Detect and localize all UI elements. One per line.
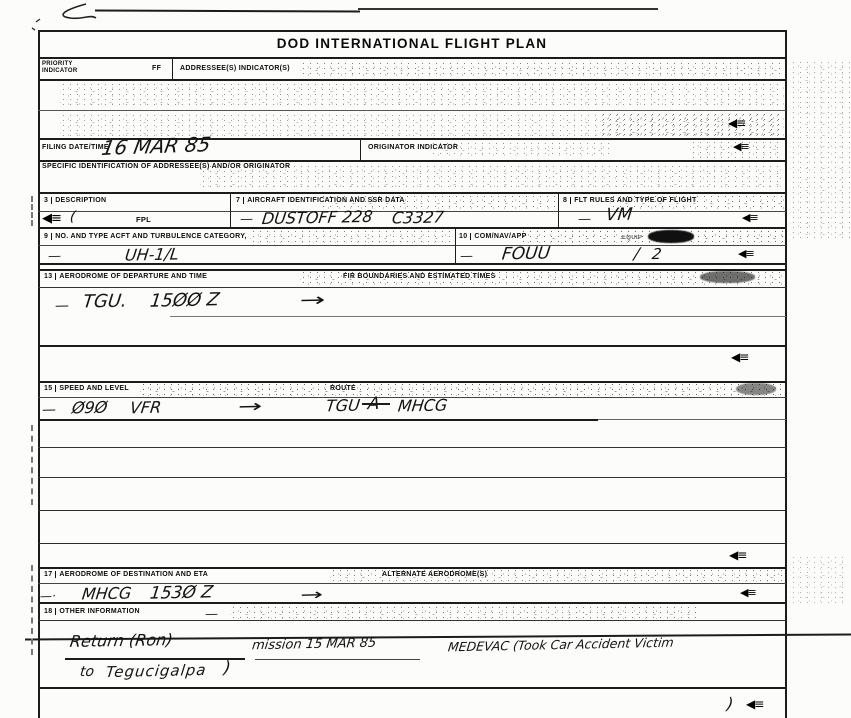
scan-artifact-dashes xyxy=(31,196,33,226)
header-divider xyxy=(172,58,173,79)
tty-align-mark: ◀≡ xyxy=(742,211,758,224)
route-to-value: MHCG xyxy=(397,395,449,415)
scan-noise xyxy=(320,194,555,209)
box9-dash: — xyxy=(47,249,62,264)
hw-underline xyxy=(65,658,245,660)
hw-underline xyxy=(255,659,420,660)
other-info-line2b: Tegucigalpa xyxy=(105,661,208,681)
row-line xyxy=(38,287,786,288)
box7-dash: — xyxy=(239,212,254,227)
form-border-left xyxy=(38,30,40,718)
scan-noise xyxy=(690,140,784,158)
scan-noise xyxy=(200,164,784,190)
row-line xyxy=(38,419,598,421)
departure-time-value: 15ØØ Z xyxy=(149,289,221,312)
route-from-value: TGU xyxy=(325,396,361,416)
box10-dash: — xyxy=(459,249,474,264)
row-line xyxy=(38,620,786,621)
fpl-code: FPL xyxy=(136,215,151,224)
form-title: DOD INTERNATIONAL FLIGHT PLAN xyxy=(38,36,786,51)
scan-noise xyxy=(250,229,450,243)
scan-noise xyxy=(600,112,784,136)
scan-artifact-line xyxy=(358,8,658,10)
form-border-right xyxy=(785,30,787,718)
form-border-top xyxy=(38,30,786,32)
closing-paren: ) xyxy=(726,694,735,713)
other-info-line2a: to xyxy=(79,664,95,680)
box15-dash: — xyxy=(41,402,57,418)
row-line xyxy=(38,110,786,111)
box-divider xyxy=(558,192,559,228)
tty-align-mark: ◀≡ xyxy=(729,548,746,562)
box-divider xyxy=(230,192,231,228)
addressee-indicator-label: ADDRESSEE(S) INDICATOR(S) xyxy=(180,65,290,72)
row-line xyxy=(38,160,786,162)
ruled-line xyxy=(38,510,786,511)
scan-noise xyxy=(430,141,610,158)
box15-label: 15SPEED AND LEVEL xyxy=(43,385,129,392)
row-line xyxy=(38,687,786,689)
ruled-line xyxy=(38,477,786,478)
row-line xyxy=(38,345,786,347)
row-line xyxy=(38,263,786,265)
equipment-slash: / xyxy=(633,244,641,263)
box-divider xyxy=(455,227,456,263)
box17-label: 17AERODROME OF DESTINATION AND ETA xyxy=(43,571,208,578)
scan-noise xyxy=(790,555,848,603)
box13-dash: — xyxy=(54,298,70,314)
filing-date-label: FILING DATE/TIME xyxy=(42,144,109,151)
tty-align-mark: ◀≡ xyxy=(738,247,754,260)
scanned-flight-plan-document: DOD INTERNATIONAL FLIGHT PLAN PRIORITY I… xyxy=(0,0,851,718)
box8-dash: — xyxy=(577,212,592,227)
scan-noise xyxy=(230,605,700,619)
ruled-line xyxy=(38,447,786,448)
ff-label: FF xyxy=(152,65,161,72)
speed-value: Ø9Ø xyxy=(71,398,109,418)
route-arrow: → xyxy=(298,290,326,312)
scan-blot xyxy=(648,230,694,243)
scan-blot xyxy=(700,271,755,283)
scan-blot xyxy=(736,383,776,395)
box18-label: 18OTHER INFORMATION xyxy=(43,608,140,615)
box13-label: 13AERODROME OF DEPARTURE AND TIME xyxy=(43,273,207,280)
route-arrow: → xyxy=(237,397,264,418)
aircraft-type-value: UH-1/L xyxy=(124,244,180,264)
box9-label: 9NO. AND TYPE ACFT AND TURBULENCE CATEGO… xyxy=(43,233,247,240)
priority-indicator-label: PRIORITY INDICATOR xyxy=(42,61,77,75)
ruled-line xyxy=(38,543,786,544)
scan-noise xyxy=(790,60,850,240)
scan-noise xyxy=(300,61,780,78)
row-line xyxy=(38,79,786,81)
scan-artifact-squiggle xyxy=(26,0,100,34)
destination-aerodrome-value: MHCG xyxy=(81,583,133,603)
row-line xyxy=(38,602,786,604)
other-info-line1a: Return (Ron) xyxy=(69,630,174,651)
row-line xyxy=(598,419,786,420)
box3-label: 3DESCRIPTION xyxy=(43,197,106,204)
route-direct-stroke xyxy=(362,403,390,405)
scan-noise xyxy=(60,82,784,108)
level-value: VFR xyxy=(129,398,163,418)
tty-align-mark: ◀≡ xyxy=(746,697,763,711)
equipment-value: FOUU xyxy=(501,243,551,264)
eta-value: 153Ø Z xyxy=(149,582,214,603)
fpl-open-paren: ( xyxy=(69,209,76,225)
title-underline xyxy=(38,57,786,59)
ssr-code-value: C3327 xyxy=(391,207,445,227)
scan-artifact-dashes xyxy=(31,425,33,505)
filing-date-value: 16 MAR 85 xyxy=(100,132,213,160)
other-info-line2c: ) xyxy=(223,658,232,678)
other-info-line1b: mission 15 MAR 85 xyxy=(251,636,377,654)
tty-align-mark: ◀≡ xyxy=(42,211,61,226)
tty-align-mark: ◀≡ xyxy=(731,350,748,364)
faint-line xyxy=(170,316,786,317)
scan-noise xyxy=(140,382,784,396)
scan-artifact-line xyxy=(95,10,360,13)
ssr-equipment-value: 2 xyxy=(651,245,663,263)
filing-divider xyxy=(360,138,361,160)
aircraft-id-value: DUSTOFF 228 xyxy=(261,207,374,228)
departure-aerodrome-value: TGU. xyxy=(82,291,128,313)
box10-label: 10COM/NAV/APP xyxy=(458,233,527,240)
scan-artifact-dashes xyxy=(31,565,33,655)
scan-noise xyxy=(330,568,784,582)
scan-noise xyxy=(610,194,784,209)
tty-align-mark: ◀≡ xyxy=(740,586,756,599)
